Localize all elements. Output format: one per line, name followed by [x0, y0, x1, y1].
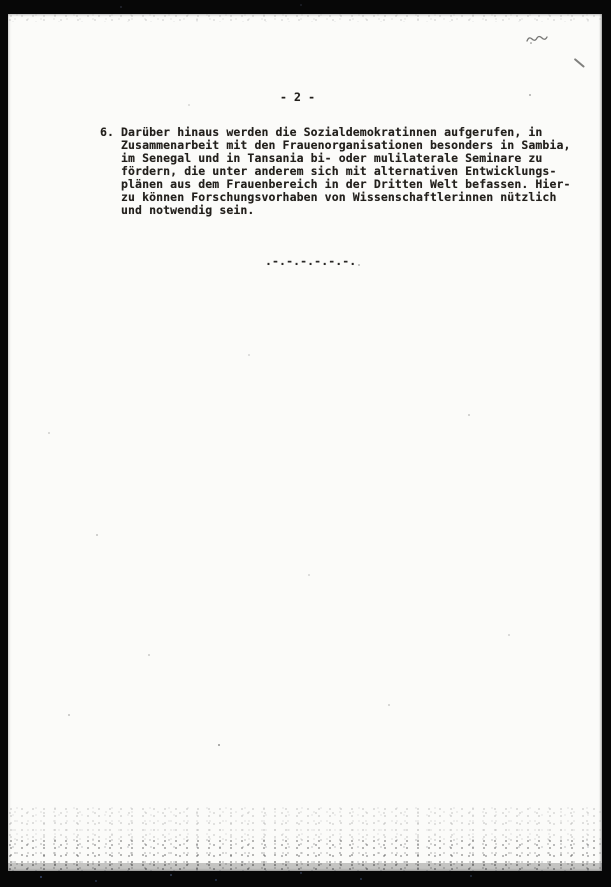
page-number: - 2 - [280, 91, 315, 104]
bottom-grain-light [8, 807, 602, 841]
top-edge-grain [8, 14, 602, 22]
document-page: - 2 - 6. Darüber hinaus werden die Sozia… [8, 14, 602, 871]
scan-noise-specks [0, 0, 2, 2]
section-separator: .-.-.-.-.-.-. [265, 255, 356, 268]
diagonal-pen-mark-icon [574, 58, 585, 68]
bottom-grain-heavy [8, 839, 602, 865]
dust-specks [8, 14, 10, 16]
paragraph-number: 6. [100, 126, 121, 217]
bottom-grain-dense [8, 863, 602, 871]
pen-scribble-mark-icon [524, 32, 550, 46]
numbered-paragraph-6: 6. Darüber hinaus werden die Sozialdemok… [100, 126, 586, 217]
paragraph-text: Darüber hinaus werden die Sozialdemokrat… [121, 126, 586, 217]
scanner-background: - 2 - 6. Darüber hinaus werden die Sozia… [0, 0, 611, 887]
